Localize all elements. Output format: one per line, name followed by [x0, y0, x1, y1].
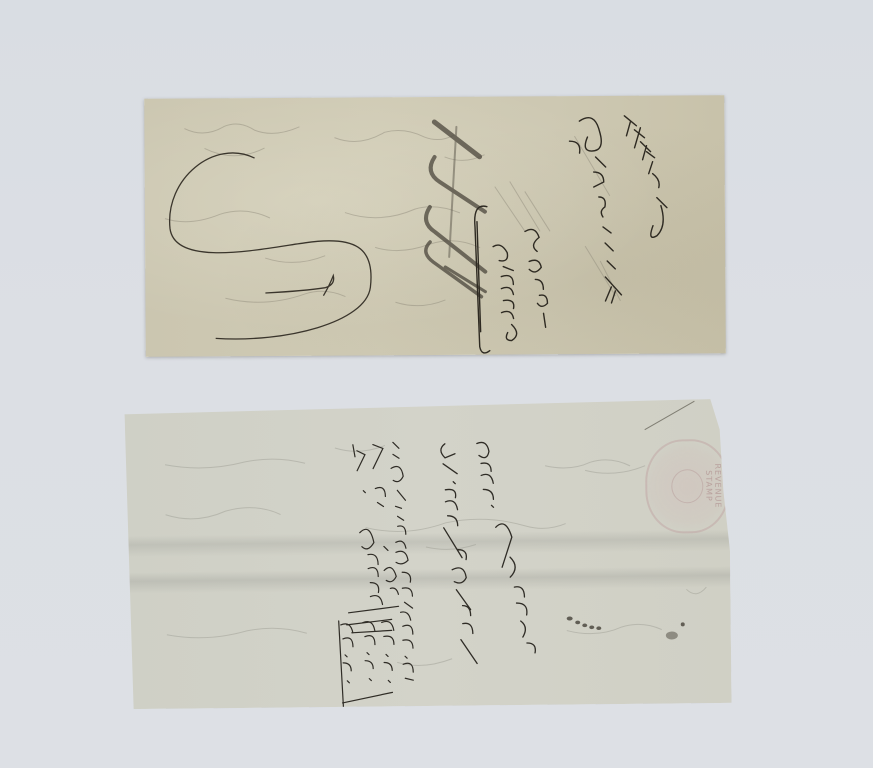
- embossed-revenue-stamp: REVENUE STAMP: [645, 439, 730, 534]
- bottom-ledger-line-1: 25 Sept 1882 Amount: [124, 405, 125, 406]
- bottom-ledger-line-3: 17 Balance: [124, 405, 125, 406]
- bottom-name-line-2: R. Leigh Clark: [124, 405, 125, 406]
- bottom-amount-3: 2 9 . 0 . 0: [124, 405, 125, 406]
- bottom-name-line-1: James Taylor: [124, 405, 125, 406]
- bottom-document: REVENUE STAMP James Taylor R. Leigh Clar…: [124, 399, 731, 709]
- bottom-document-handwriting: [124, 399, 731, 709]
- bottom-ledger-line-2: 7 Sept Less: [124, 405, 125, 406]
- bottom-amount-4: 4 5 . 0 . 8: [124, 405, 125, 406]
- bottom-amount-2: 2 3 . 0 . 0: [124, 405, 125, 406]
- top-document: W. Whitlow Andrea 1882 20.0.2 Chamba: [144, 95, 726, 357]
- bottom-amount-1: £ 2 2 0 . 8: [124, 405, 125, 406]
- stamp-center-medallion: [671, 469, 703, 503]
- top-document-handwriting: [144, 95, 726, 357]
- stamp-text: REVENUE STAMP: [704, 450, 723, 522]
- photo-scene: W. Whitlow Andrea 1882 20.0.2 Chamba: [0, 0, 873, 768]
